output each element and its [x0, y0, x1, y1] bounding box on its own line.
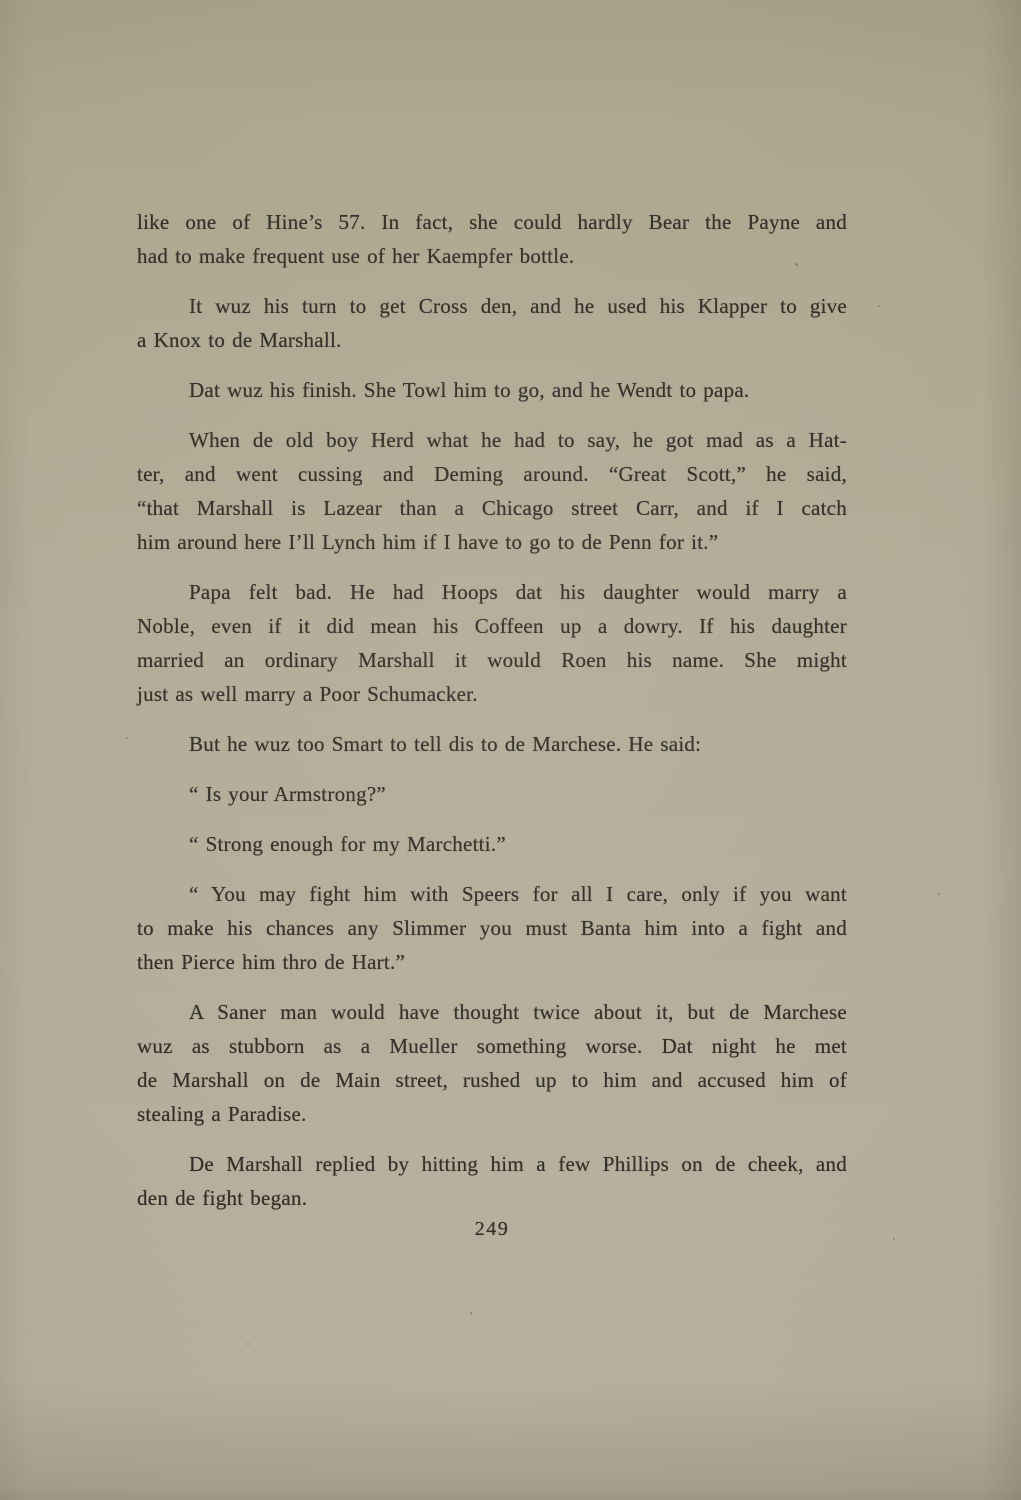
text-line: married an ordinary Marshall it would Ro… [137, 643, 847, 677]
paragraph: Papa felt bad. He had Hoops dat his daug… [137, 575, 847, 711]
paragraph: “ You may fight him with Speers for all … [137, 877, 847, 979]
text-line: like one of Hine’s 57. In fact, she coul… [137, 205, 847, 239]
text-line: “ Is your Armstrong?” [137, 777, 847, 811]
paper-speck [247, 1343, 249, 1345]
text-line: “ You may fight him with Speers for all … [137, 877, 847, 911]
text-line: him around here I’ll Lynch him if I have… [137, 525, 847, 559]
text-line: den de fight began. [137, 1181, 847, 1215]
text-line: ter, and went cussing and Deming around.… [137, 457, 847, 491]
page-number: 249 [137, 1212, 847, 1246]
paragraph: “ Strong enough for my Marchetti.” [137, 827, 847, 861]
paper-speck [470, 1312, 472, 1315]
text-line: But he wuz too Smart to tell dis to de M… [137, 727, 847, 761]
text-line: Papa felt bad. He had Hoops dat his daug… [137, 575, 847, 609]
paper-speck [938, 893, 940, 895]
text-line: wuz as stubborn as a Mueller something w… [137, 1029, 847, 1063]
text-line: then Pierce him thro de Hart.” [137, 945, 847, 979]
text-line: It wuz his turn to get Cross den, and he… [137, 289, 847, 323]
text-line: “that Marshall is Lazear than a Chicago … [137, 491, 847, 525]
paragraph: like one of Hine’s 57. In fact, she coul… [137, 205, 847, 273]
text-line: had to make frequent use of her Kaempfer… [137, 239, 847, 273]
text-line: to make his chances any Slimmer you must… [137, 911, 847, 945]
paragraph: Dat wuz his finish. She Towl him to go, … [137, 373, 847, 407]
text-line: de Marshall on de Main street, rushed up… [137, 1063, 847, 1097]
text-line: just as well marry a Poor Schumacker. [137, 677, 847, 711]
text-line: Noble, even if it did mean his Coffeen u… [137, 609, 847, 643]
text-line: stealing a Paradise. [137, 1097, 847, 1131]
paragraph: “ Is your Armstrong?” [137, 777, 847, 811]
text-line: When de old boy Herd what he had to say,… [137, 423, 847, 457]
text-line: De Marshall replied by hitting him a few… [137, 1147, 847, 1181]
text-line: a Knox to de Marshall. [137, 323, 847, 357]
paper-speck [893, 1238, 895, 1240]
paragraph: When de old boy Herd what he had to say,… [137, 423, 847, 559]
paragraph: A Saner man would have thought twice abo… [137, 995, 847, 1131]
paragraph: But he wuz too Smart to tell dis to de M… [137, 727, 847, 761]
text-line: Dat wuz his finish. She Towl him to go, … [137, 373, 847, 407]
text-line: A Saner man would have thought twice abo… [137, 995, 847, 1029]
book-page: like one of Hine’s 57. In fact, she coul… [0, 0, 1021, 1500]
paragraph: It wuz his turn to get Cross den, and he… [137, 289, 847, 357]
text-block: like one of Hine’s 57. In fact, she coul… [137, 205, 847, 1231]
text-line: “ Strong enough for my Marchetti.” [137, 827, 847, 861]
paper-speck [878, 305, 880, 307]
paper-speck [126, 737, 128, 739]
paragraph: De Marshall replied by hitting him a few… [137, 1147, 847, 1215]
